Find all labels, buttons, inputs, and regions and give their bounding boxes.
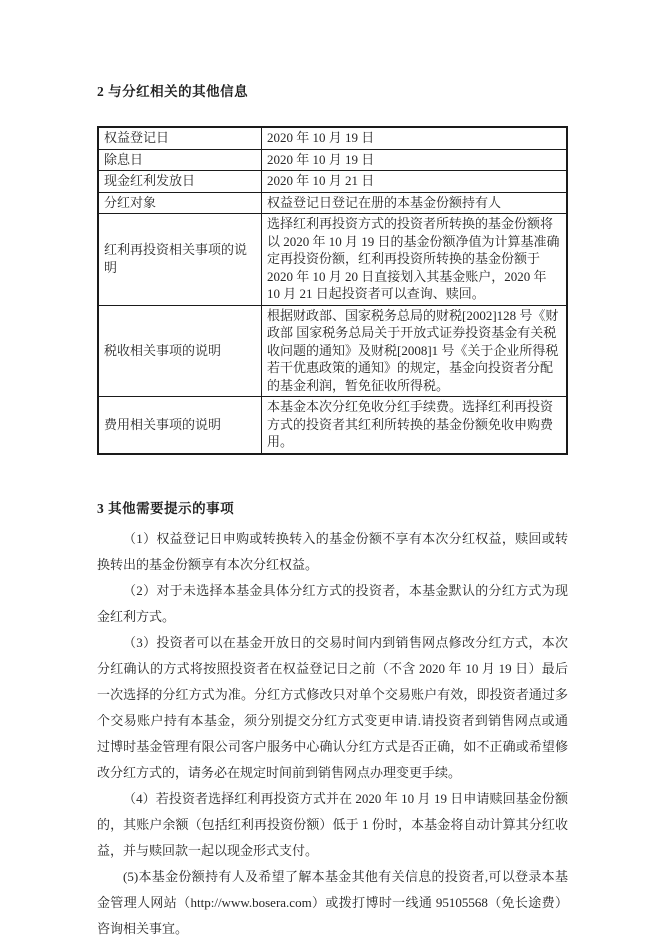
row-label-cell: 除息日 (98, 149, 262, 171)
row-label-cell: 分红对象 (98, 192, 262, 214)
table-row: 权益登记日 2020 年 10 月 19 日 (98, 127, 567, 149)
row-value-cell: 权益登记日登记在册的本基金份额持有人 (262, 192, 568, 214)
table-row: 费用相关事项的说明 本基金本次分红免收分红手续费。选择红利再投资方式的投资者其红… (98, 397, 567, 454)
row-value-cell: 本基金本次分红免收分红手续费。选择红利再投资方式的投资者其红利所转换的基金份额免… (262, 397, 568, 454)
row-value-cell: 2020 年 10 月 21 日 (262, 171, 568, 193)
paragraph-2: （2）对于未选择本基金具体分红方式的投资者，本基金默认的分红方式为现金红利方式。 (97, 578, 568, 630)
row-value-cell: 2020 年 10 月 19 日 (262, 149, 568, 171)
section3-heading: 3 其他需要提示的事项 (97, 501, 568, 517)
document-page: 2 与分红相关的其他信息 权益登记日 2020 年 10 月 19 日 除息日 … (0, 0, 662, 936)
paragraph-5: (5)本基金份额持有人及希望了解本基金其他有关信息的投资者,可以登录本基金管理人… (97, 864, 568, 936)
row-value-cell: 根据财政部、国家税务总局的财税[2002]128 号《财政部 国家税务总局关于开… (262, 305, 568, 397)
row-label-cell: 红利再投资相关事项的说明 (98, 214, 262, 306)
row-value-cell: 2020 年 10 月 19 日 (262, 127, 568, 149)
section3-paragraphs: （1）权益登记日申购或转换转入的基金份额不享有本次分红权益，赎回或转换转出的基金… (97, 526, 568, 936)
paragraph-4: （4）若投资者选择红利再投资方式并在 2020 年 10 月 19 日申请赎回基… (97, 786, 568, 864)
section2-heading: 2 与分红相关的其他信息 (97, 84, 568, 100)
table-row: 现金红利发放日 2020 年 10 月 21 日 (98, 171, 567, 193)
document-content: 2 与分红相关的其他信息 权益登记日 2020 年 10 月 19 日 除息日 … (97, 84, 568, 936)
paragraph-1: （1）权益登记日申购或转换转入的基金份额不享有本次分红权益，赎回或转换转出的基金… (97, 526, 568, 578)
dividend-info-table: 权益登记日 2020 年 10 月 19 日 除息日 2020 年 10 月 1… (97, 126, 568, 455)
row-value-cell: 选择红利再投资方式的投资者所转换的基金份额将以 2020 年 10 月 19 日… (262, 214, 568, 306)
paragraph-3: （3）投资者可以在基金开放日的交易时间内到销售网点修改分红方式，本次分红确认的方… (97, 630, 568, 786)
row-label-cell: 费用相关事项的说明 (98, 397, 262, 454)
table-row: 税收相关事项的说明 根据财政部、国家税务总局的财税[2002]128 号《财政部… (98, 305, 567, 397)
table-row: 分红对象 权益登记日登记在册的本基金份额持有人 (98, 192, 567, 214)
row-label-cell: 权益登记日 (98, 127, 262, 149)
table-row: 红利再投资相关事项的说明 选择红利再投资方式的投资者所转换的基金份额将以 202… (98, 214, 567, 306)
row-label-cell: 现金红利发放日 (98, 171, 262, 193)
table-row: 除息日 2020 年 10 月 19 日 (98, 149, 567, 171)
row-label-cell: 税收相关事项的说明 (98, 305, 262, 397)
